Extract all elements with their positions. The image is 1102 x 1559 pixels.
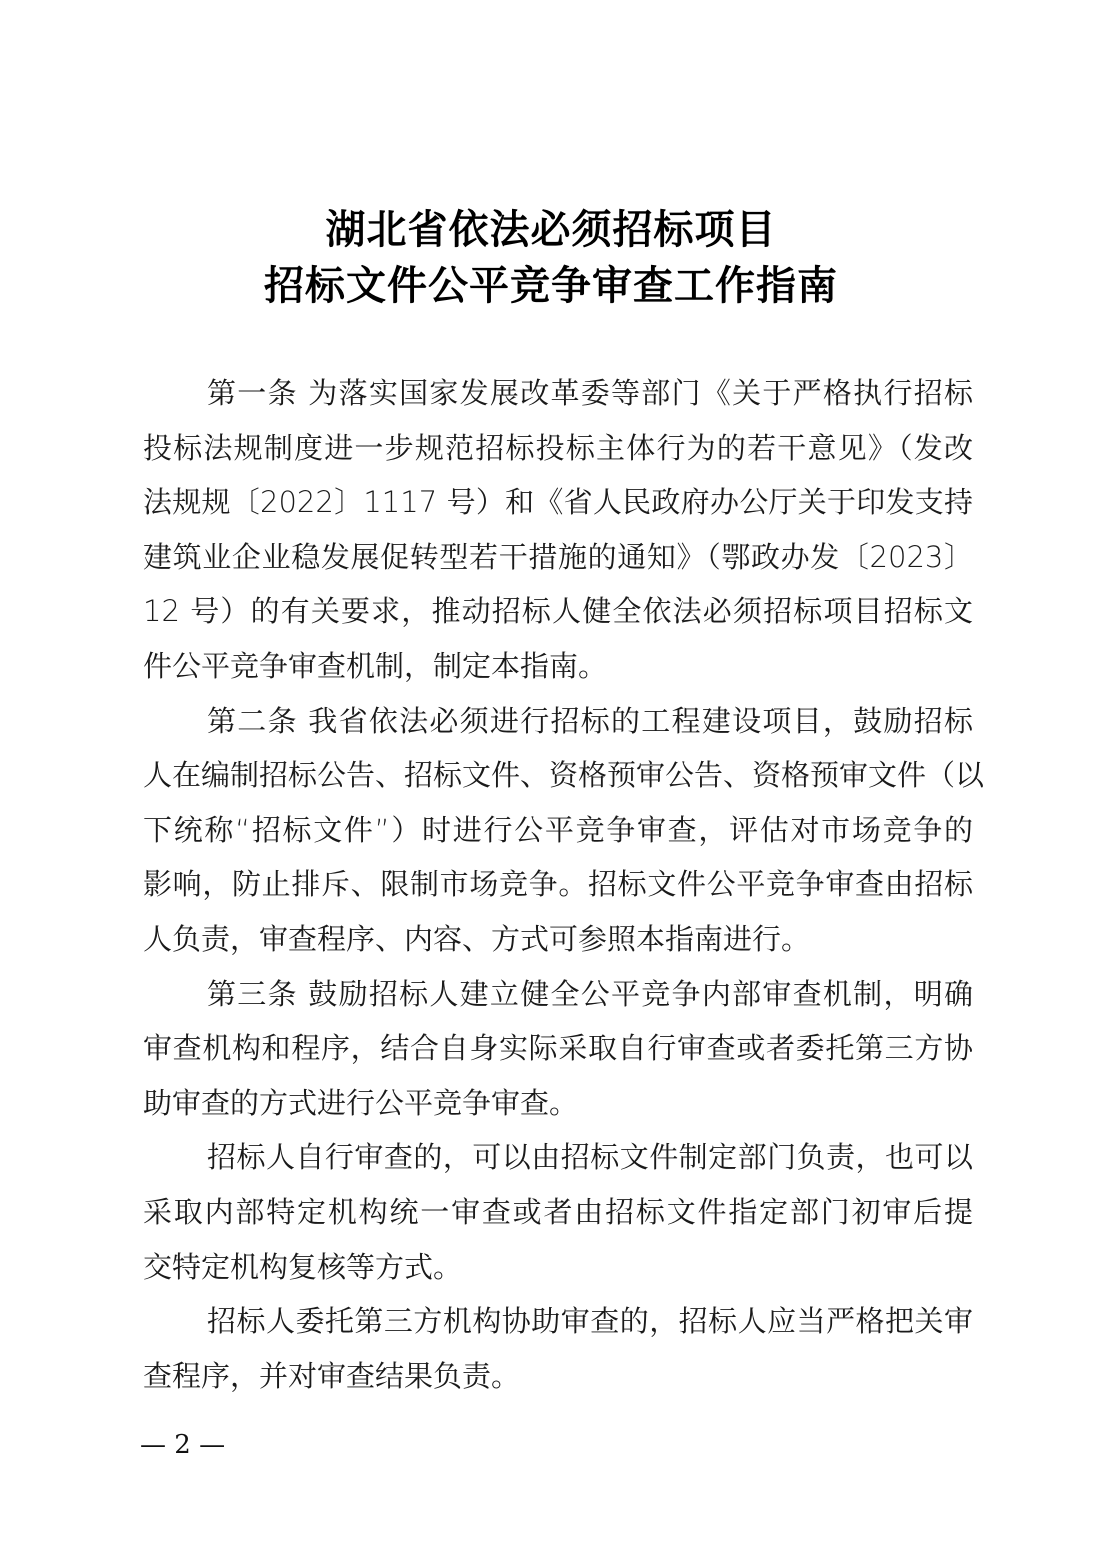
text-line: 建筑业企业稳发展促转型若干措施的通知》（鄂政办发〔2023〕 [143,530,973,585]
document-body: 第一条 为落实国家发展改革委等部门《关于严格执行招标 投标法规制度进一步规范招标… [143,366,973,1403]
text-line: 招标人自行审查的，可以由招标文件制定部门负责，也可以 [143,1130,973,1185]
text-line: 下统称“招标文件”）时进行公平竞争审查，评估对市场竞争的 [143,803,973,858]
text-line: 交特定机构复核等方式。 [143,1240,973,1295]
paragraph-third-party-review: 招标人委托第三方机构协助审查的，招标人应当严格把关审 查程序，并对审查结果负责。 [143,1294,973,1403]
text-line: 12 号）的有关要求，推动招标人健全依法必须招标项目招标文 [143,584,973,639]
page-number: — 2 — [140,1430,225,1460]
paragraph-article-1: 第一条 为落实国家发展改革委等部门《关于严格执行招标 投标法规制度进一步规范招标… [143,366,973,694]
text-line: 第二条 我省依法必须进行招标的工程建设项目，鼓励招标 [143,694,973,749]
text-line: 查程序，并对审查结果负责。 [143,1349,973,1404]
text-line: 投标法规制度进一步规范招标投标主体行为的若干意见》（发改 [143,421,973,476]
text-line: 影响，防止排斥、限制市场竞争。招标文件公平竞争审查由招标 [143,857,973,912]
text-line: 审查机构和程序，结合自身实际采取自行审查或者委托第三方协 [143,1021,973,1076]
text-line: 件公平竞争审查机制，制定本指南。 [143,639,973,694]
text-line: 人负责，审查程序、内容、方式可参照本指南进行。 [143,912,973,967]
document-title-line-1: 湖北省依法必须招标项目 [0,198,1102,255]
text-line: 招标人委托第三方机构协助审查的，招标人应当严格把关审 [143,1294,973,1349]
text-line: 法规规〔2022〕1117 号）和《省人民政府办公厅关于印发支持 [143,475,973,530]
text-line: 人在编制招标公告、招标文件、资格预审公告、资格预审文件（以 [143,748,973,803]
document-title-line-2: 招标文件公平竞争审查工作指南 [0,254,1102,311]
paragraph-self-review: 招标人自行审查的，可以由招标文件制定部门负责，也可以 采取内部特定机构统一审查或… [143,1130,973,1294]
text-line: 采取内部特定机构统一审查或者由招标文件指定部门初审后提 [143,1185,973,1240]
paragraph-article-2: 第二条 我省依法必须进行招标的工程建设项目，鼓励招标 人在编制招标公告、招标文件… [143,694,973,967]
text-line: 助审查的方式进行公平竞争审查。 [143,1076,973,1131]
text-line: 第一条 为落实国家发展改革委等部门《关于严格执行招标 [143,366,973,421]
paragraph-article-3: 第三条 鼓励招标人建立健全公平竞争内部审查机制，明确 审查机构和程序，结合自身实… [143,967,973,1131]
text-line: 第三条 鼓励招标人建立健全公平竞争内部审查机制，明确 [143,967,973,1022]
